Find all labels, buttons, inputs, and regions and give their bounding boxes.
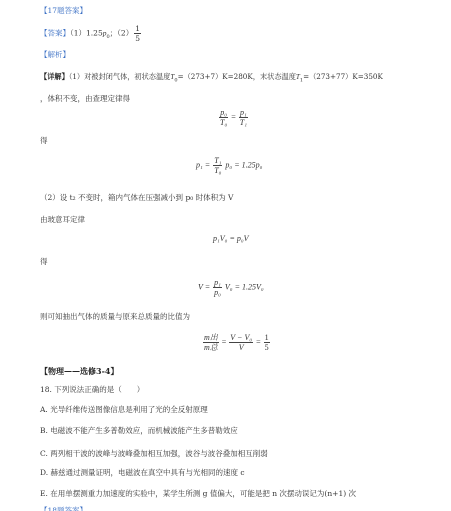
option-a: A. 光导纤维传送图像信息是利用了光的全反射原理 (40, 405, 208, 415)
detail-text: （1）对被封闭气体，初状态温度 (69, 72, 171, 81)
eq1-den-left: T₀ (219, 118, 228, 127)
question-stem: 18. 下列说法正确的是（ ） (40, 385, 144, 395)
eq5-den2: V (238, 343, 245, 352)
detail-line-2: ，体积不变，由查理定律得 (40, 94, 130, 104)
option-label: B. (40, 426, 48, 435)
eq5-num3: 1 (264, 333, 270, 343)
equation-mass-ratio: m出m总 = V − V₀V = 15 (202, 333, 271, 352)
option-label: E. (40, 489, 48, 498)
ratio-text: 则可知抽出气体的质量与原来总质量的比值为 (40, 312, 190, 322)
option-e: E. 在用单摆测重力加速度的实验中，某学生所测 g 值偏大，可能是把 n 次摆动… (40, 489, 356, 499)
eq5-num1: m出 (203, 333, 219, 343)
eq5-den3: 5 (264, 343, 270, 352)
equation-boyle: p₁V₀ = p₀V (213, 234, 249, 243)
eq2-lhs: p₁ = (196, 160, 210, 169)
next-answer-title: 【18题答案】 (40, 506, 87, 511)
option-text: 两列相干波的波峰与波峰叠加相互加强，波谷与波谷叠加相互削弱 (50, 449, 268, 458)
detail-text-3: =（273+77）K=350K (303, 72, 383, 81)
fraction-numerator: 1 (134, 24, 141, 34)
equation-charles: p₀T₀ = p₁T₁ (218, 108, 249, 127)
analysis-label: 【解析】 (40, 50, 70, 60)
detail-label: 【详解】 (40, 72, 69, 81)
eq1-equals: = (231, 112, 236, 121)
eq5-equals-2: = (256, 337, 261, 346)
eq4-lhs: V = (198, 282, 210, 291)
option-d: D. 赫兹通过测量证明，电磁波在真空中具有与光相同的速度 c (40, 468, 245, 478)
de-1: 得 (40, 136, 48, 146)
detail-text-2: =（273+7）K=280K，末状态温度 (178, 72, 296, 81)
equation-volume: V = p₁p₀ V₀ = 1.25V₀ (198, 278, 264, 297)
answer-label: 【答案】 (40, 29, 70, 38)
eq2-den: T₀ (213, 166, 222, 175)
option-text: 电磁波不能产生多普勒效应，而机械波能产生多普勒效应 (50, 426, 238, 435)
eq1-num-left: p₀ (219, 108, 228, 118)
answer-fraction: 15 (134, 24, 141, 43)
eq1-den-right: T₁ (239, 118, 248, 127)
option-label: C. (40, 449, 48, 458)
answer-part1: （1）1.25 (70, 29, 103, 38)
fraction-denominator: 5 (134, 34, 141, 43)
answer-part2: ；（2） (110, 29, 134, 38)
eq4-den: p₀ (213, 288, 222, 297)
answer-section-title: 【17题答案】 (40, 6, 87, 16)
eq5-num2: V − V₀ (229, 333, 253, 343)
eq2-num: T₁ (213, 156, 222, 166)
option-label: D. (40, 468, 48, 477)
eq4-num: p₁ (213, 278, 222, 288)
detail-line-1: 【详解】（1）对被封闭气体，初状态温度T0=（273+7）K=280K，末状态温… (40, 72, 383, 85)
equation-p1: p₁ = T₁T₀ p₀ = 1.25p₀ (196, 156, 262, 175)
eq5-equals-1: = (222, 337, 227, 346)
eq4-rhs: V₀ = 1.25V₀ (225, 282, 264, 291)
option-text: 赫兹通过测量证明，电磁波在真空中具有与光相同的速度 c (51, 468, 245, 477)
section-title: 【物理——选修3-4】 (40, 366, 118, 376)
eq1-num-right: p₁ (239, 108, 248, 118)
boyle-text: 由玻意耳定律 (40, 215, 85, 225)
part2-text: （2）设 t₂ 不变时，箱内气体在压强减小到 p₀ 时体积为 V (40, 193, 233, 203)
option-c: C. 两列相干波的波峰与波峰叠加相互加强，波谷与波谷叠加相互削弱 (40, 449, 268, 459)
answer-line: 【答案】（1）1.25p0；（2）15 (40, 24, 142, 43)
eq2-rhs: p₀ = 1.25p₀ (225, 160, 262, 169)
de-2: 得 (40, 257, 48, 267)
option-text: 在用单摆测重力加速度的实验中，某学生所测 g 值偏大，可能是把 n 次摆动误记为… (50, 489, 356, 498)
option-text: 光导纤维传送图像信息是利用了光的全反射原理 (50, 405, 208, 414)
option-b: B. 电磁波不能产生多普勒效应，而机械波能产生多普勒效应 (40, 426, 238, 436)
option-label: A. (40, 405, 48, 414)
eq5-den1: m总 (203, 343, 219, 352)
